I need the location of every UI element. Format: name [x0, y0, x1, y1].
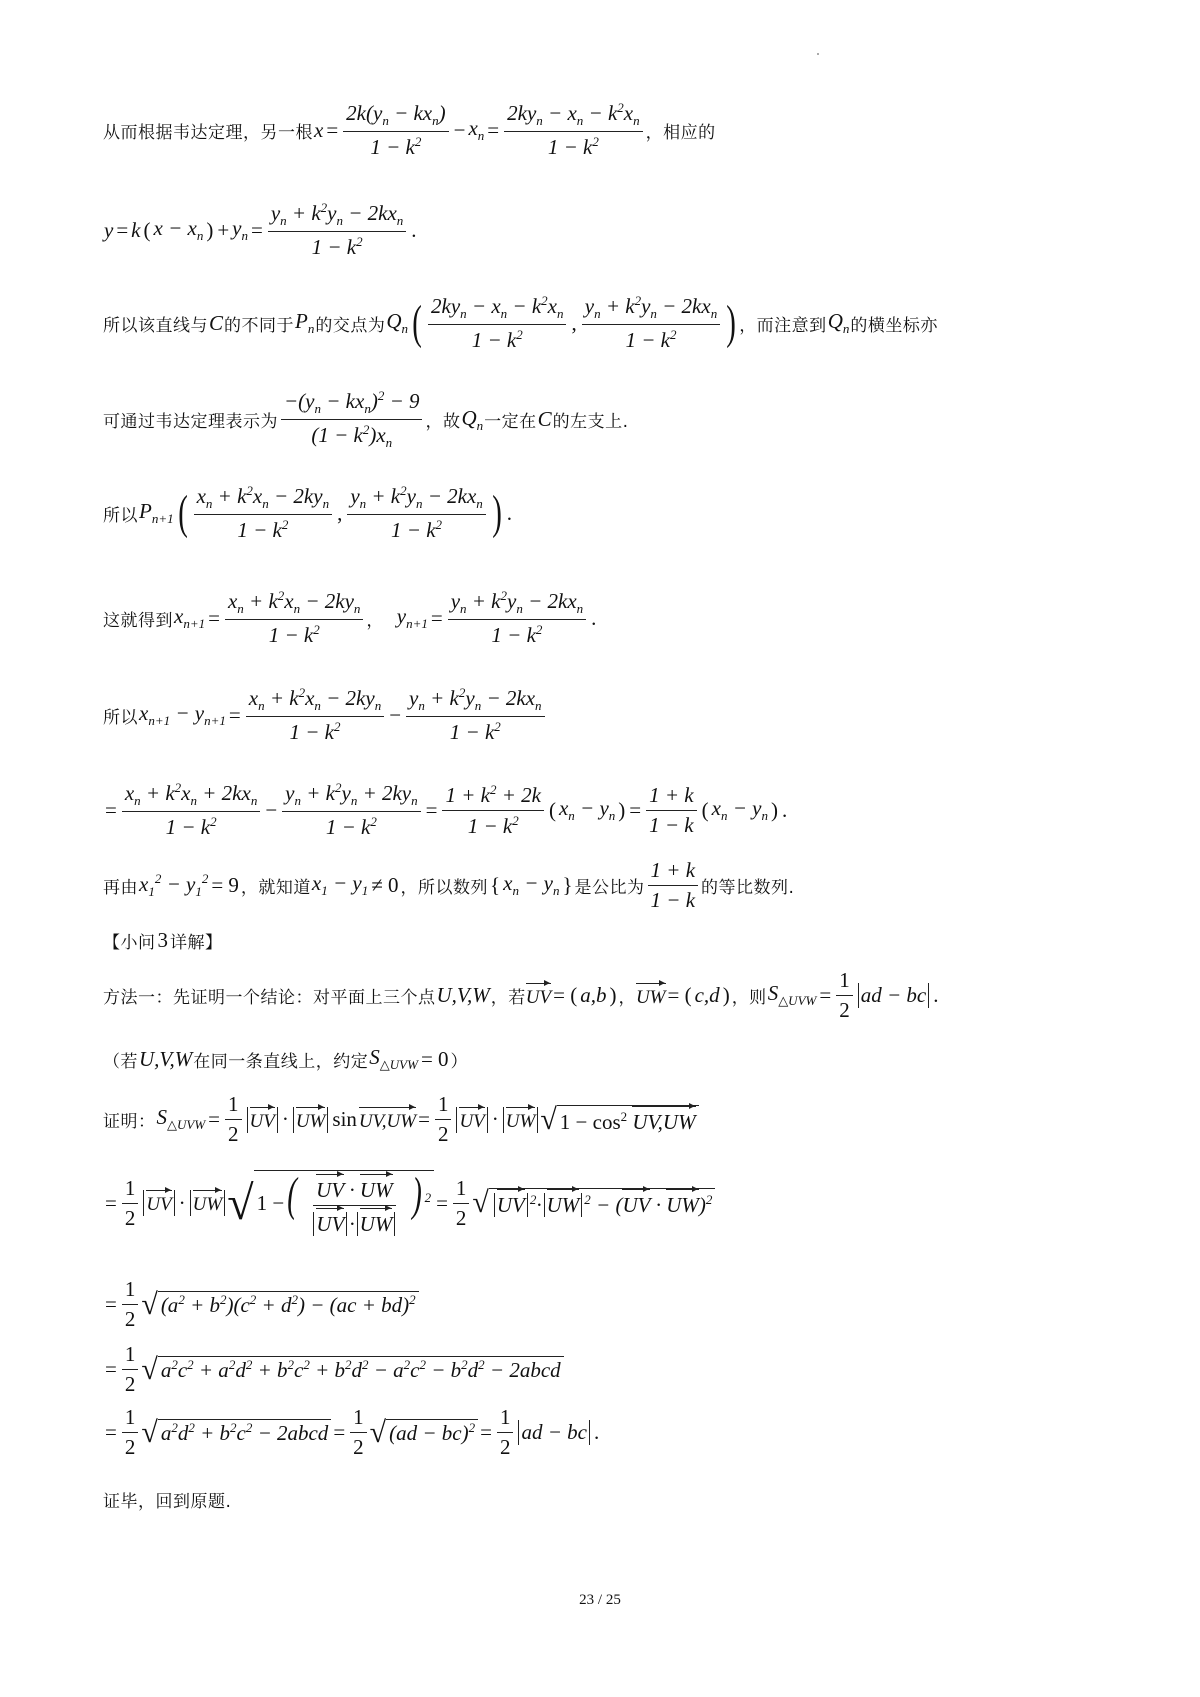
line-proof-cos: = 12 UV·UW √ 1 −( UV · UWUV·UW )2 = 12 √…	[103, 1170, 715, 1237]
line-proof-coords: = 12 √(a2 + b2)(c2 + d2) − (ac + bd)2	[103, 1277, 419, 1332]
line-proof-end: 证毕，回到原题.	[103, 1487, 231, 1512]
line-vieta-root: 从而根据韦达定理，另一根 x= 2k(yn − kxn)1 − k2 −xn= …	[103, 100, 716, 160]
document-page: 从而根据韦达定理，另一根 x= 2k(yn − kxn)1 − k2 −xn= …	[0, 0, 1200, 1697]
line-geometric-sequence: 再由x12 − y12= 9 ，就知道x1 − y1≠ 0 ，所以数列{xn −…	[103, 858, 794, 913]
line-left-branch: 可通过韦达定理表示为 −(yn − kxn)2 − 9(1 − k2)xn ，故…	[103, 388, 629, 451]
line-y-value: y=k(x − xn)+yn= yn + k2yn − 2kxn1 − k2 .	[103, 200, 419, 260]
line-intersection-q: 所以该直线与C的不同于Pn的交点为 Qn( 2kyn − xn − k2xn1 …	[103, 293, 938, 353]
line-lemma: 方法一：先证明一个结论：对平面上三个点U,V,W，若 UV= (a,b)， UW…	[103, 968, 940, 1023]
line-proof-expand: = 12 √a2c2 + a2d2 + b2c2 + b2d2 − a2c2 −…	[103, 1342, 564, 1397]
line-p-next: 所以Pn+1( xn + k2xn − 2kyn1 − k2, yn + k2y…	[103, 483, 514, 543]
page-number: 23 / 25	[0, 1592, 1200, 1609]
scan-dot	[817, 53, 819, 55]
line-recurrence: 这就得到xn+1= xn + k2xn − 2kyn1 − k2 ， yn+1=…	[103, 588, 598, 648]
line-proof-result: = 12 √a2d2 + b2c2 − 2abcd = 12 √(ad − bc…	[103, 1405, 601, 1460]
section-heading-q3: 【小问3详解】	[103, 928, 223, 953]
line-difference: 所以xn+1 − yn+1= xn + k2xn − 2kyn1 − k2− y…	[103, 685, 548, 745]
line-ratio: = xn + k2xn + 2kxn1 − k2− yn + k2yn + 2k…	[103, 780, 789, 840]
line-proof-start: 证明： S△UVW= 12 UV·UW sinUV,UW= 12 UV·UW √…	[103, 1092, 699, 1147]
line-collinear-note: （若U,V,W在同一条直线上，约定S△UVW= 0）	[103, 1045, 468, 1073]
